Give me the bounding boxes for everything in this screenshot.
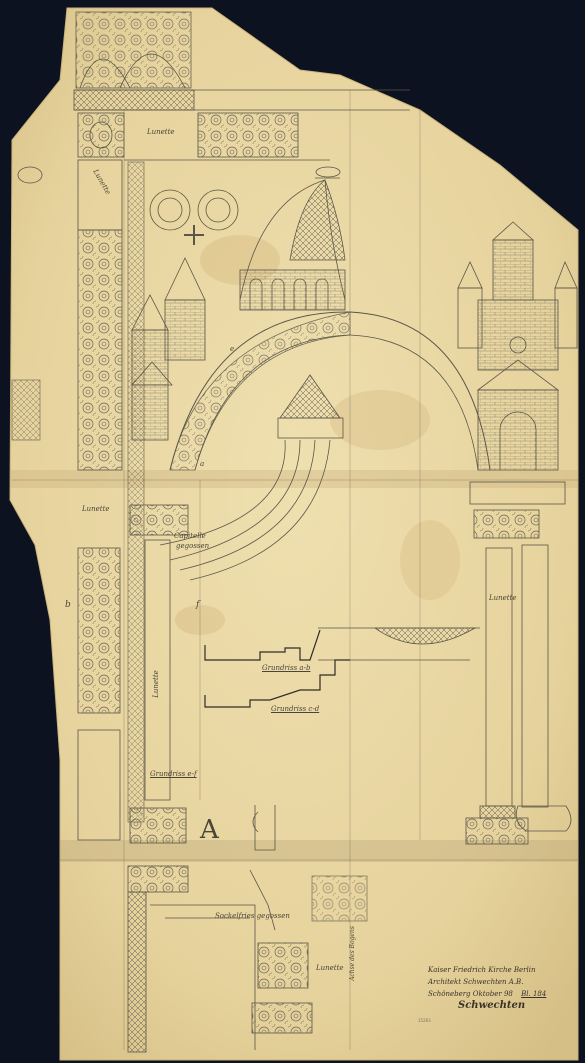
archive-stamp: 15263 — [418, 1018, 431, 1023]
section-a-b: Grundriss a-b — [262, 664, 310, 672]
title-line-3: Schöneberg Oktober 98 — [428, 990, 513, 998]
label-bottom: Lunette — [316, 964, 344, 972]
label-right-shaft: Lunette — [489, 594, 517, 602]
drawing-sheet — [0, 0, 585, 1063]
marker-f: f — [196, 600, 199, 610]
label-bottom-frieze: Sockelfries gegossen — [215, 912, 290, 920]
title-line-1: Kaiser Friedrich Kirche Berlin — [428, 964, 546, 976]
stamp-number: 15263 — [418, 1018, 431, 1023]
title-line-2: Architekt Schwechten A.B. — [428, 976, 546, 988]
marker-e: e — [230, 345, 234, 353]
sheet-number: Bl. 184 — [521, 990, 546, 998]
label-left-mid: Lunette — [82, 505, 110, 513]
section-e-f: Grundriss e-f — [150, 770, 197, 778]
label-capital: Capitelle — [174, 532, 206, 540]
fold-stain — [10, 470, 578, 488]
label-top-panel: Lunette — [147, 128, 175, 136]
label-shaft: Lunette — [152, 670, 160, 698]
title-block: Kaiser Friedrich Kirche Berlin Architekt… — [428, 964, 546, 1012]
marker-b: b — [65, 600, 71, 610]
marker-a: a — [200, 460, 204, 468]
section-c-d: Grundriss c-d — [271, 705, 319, 713]
signature: Schwechten — [458, 1000, 546, 1012]
label-vertical: Achse des Bogens — [349, 926, 356, 981]
label-capital-sub: gegossen — [176, 542, 209, 550]
letter-a: A — [200, 815, 219, 845]
